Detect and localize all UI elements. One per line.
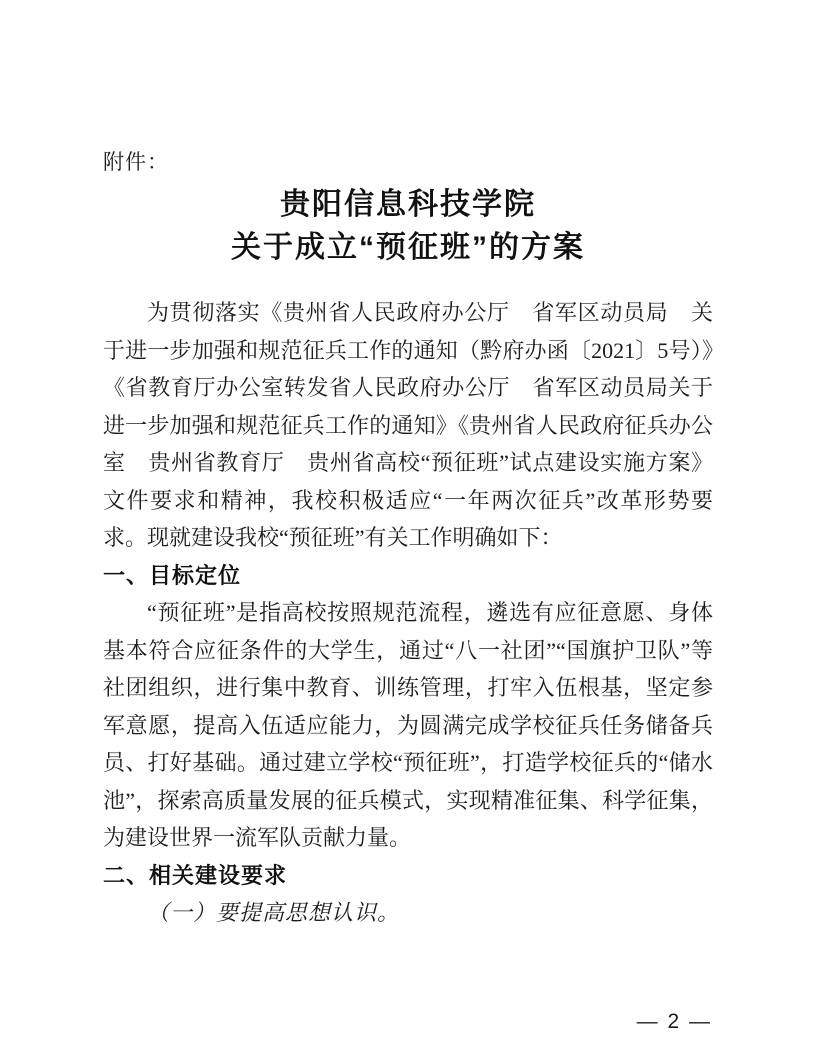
- attachment-label: 附件：: [103, 148, 713, 176]
- document-title: 贵阳信息科技学院 关于成立“预征班”的方案: [103, 183, 713, 269]
- section-2-item-1: （一）要提高思想认识。: [103, 894, 713, 932]
- section-2-heading: 二、相关建设要求: [103, 857, 713, 895]
- section-1-paragraph: “预征班”是指高校按照规范流程，遴选有应征意愿、身体基本符合应征条件的大学生，通…: [103, 594, 713, 857]
- document-page: 附件： 贵阳信息科技学院 关于成立“预征班”的方案 为贯彻落实《贵州省人民政府办…: [0, 0, 816, 1056]
- section-1-heading: 一、目标定位: [103, 557, 713, 595]
- document-title-line-2: 关于成立“预征班”的方案: [103, 226, 713, 269]
- intro-paragraph: 为贯彻落实《贵州省人民政府办公厅 省军区动员局 关于进一步加强和规范征兵工作的通…: [103, 294, 713, 557]
- document-title-line-1: 贵阳信息科技学院: [103, 183, 713, 226]
- page-number: — 2 —: [637, 1011, 712, 1032]
